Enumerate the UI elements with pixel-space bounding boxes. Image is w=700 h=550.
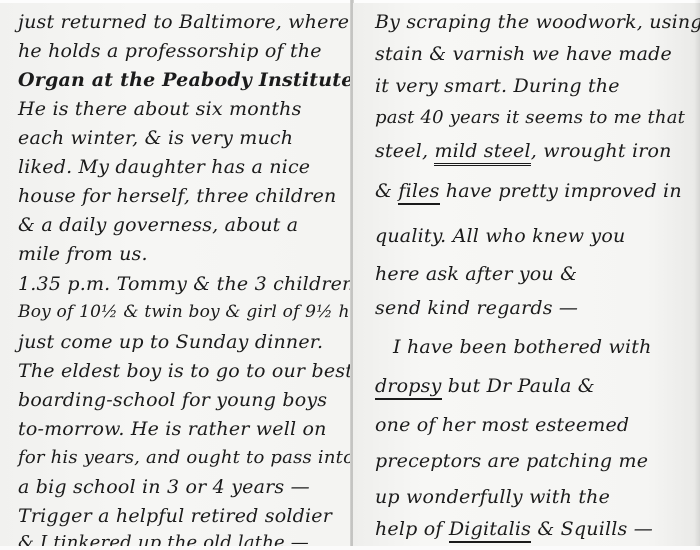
left-line-8: & a daily governess, about a bbox=[18, 214, 298, 236]
right-line-5: steel, mild steel, wrought iron bbox=[375, 140, 672, 162]
left-line-4: He is there about six months bbox=[18, 98, 302, 120]
page-edge-shadow bbox=[694, 0, 700, 550]
right-line-6: & files have pretty improved in bbox=[375, 180, 682, 202]
files-suffix: have pretty improved in bbox=[440, 180, 682, 202]
paper-bottom-edge bbox=[0, 546, 700, 550]
right-line-2: stain & varnish we have made bbox=[375, 43, 672, 65]
right-page: By scraping the woodwork, using stain & … bbox=[353, 3, 700, 546]
left-line-6: liked. My daughter has a nice bbox=[18, 156, 310, 178]
left-page: just returned to Baltimore, where he hol… bbox=[0, 3, 351, 546]
left-line-13: The eldest boy is to go to our best bbox=[18, 360, 353, 382]
letter-scan: just returned to Baltimore, where he hol… bbox=[0, 0, 700, 550]
left-line-17: a big school in 3 or 4 years — bbox=[18, 476, 310, 498]
left-line-15: to-morrow. He is rather well on bbox=[18, 418, 327, 440]
dropsy-suffix: but Dr Paula & bbox=[442, 375, 595, 397]
steel-prefix: steel, bbox=[375, 140, 434, 162]
right-line-4: past 40 years it seems to me that bbox=[375, 107, 685, 128]
left-line-16: for his years, and ought to pass into bbox=[18, 447, 354, 468]
right-line-12: one of her most esteemed bbox=[375, 414, 629, 436]
right-line-8: here ask after you & bbox=[375, 263, 577, 285]
left-line-11: Boy of 10½ & twin boy & girl of 9½ have bbox=[18, 302, 380, 322]
dropsy-emphasis: dropsy bbox=[375, 375, 442, 400]
left-line-9: mile from us. bbox=[18, 243, 148, 265]
help-prefix: help of bbox=[375, 518, 449, 540]
help-suffix: & Squills — bbox=[531, 518, 653, 540]
left-line-5: each winter, & is very much bbox=[18, 127, 293, 149]
left-line-2: he holds a professorship of the bbox=[18, 40, 322, 62]
right-line-13: preceptors are patching me bbox=[375, 450, 648, 472]
right-line-14: up wonderfully with the bbox=[375, 486, 610, 508]
files-emphasis: files bbox=[398, 180, 439, 205]
left-line-1: just returned to Baltimore, where bbox=[18, 11, 349, 33]
right-line-9: send kind regards — bbox=[375, 297, 578, 319]
right-line-1: By scraping the woodwork, using bbox=[375, 11, 700, 33]
right-line-10: I have been bothered with bbox=[393, 336, 652, 358]
right-line-7: quality. All who knew you bbox=[375, 225, 625, 247]
left-line-10: 1.35 p.m. Tommy & the 3 children bbox=[18, 273, 354, 295]
left-line-12: just come up to Sunday dinner. bbox=[18, 331, 323, 353]
left-line-7: house for herself, three children bbox=[18, 185, 336, 207]
mild-steel-emphasis: mild steel bbox=[434, 140, 530, 166]
left-line-18: Trigger a helpful retired soldier bbox=[18, 505, 332, 527]
digitalis-emphasis: Digitalis bbox=[449, 518, 531, 543]
right-line-11: dropsy but Dr Paula & bbox=[375, 375, 595, 397]
left-line-14: boarding-school for young boys bbox=[18, 389, 327, 411]
left-line-3: Organ at the Peabody Institute. bbox=[18, 69, 360, 91]
steel-suffix: , wrought iron bbox=[531, 140, 672, 162]
files-prefix: & bbox=[375, 180, 398, 202]
right-line-15: help of Digitalis & Squills — bbox=[375, 518, 653, 540]
right-line-3: it very smart. During the bbox=[375, 75, 620, 97]
